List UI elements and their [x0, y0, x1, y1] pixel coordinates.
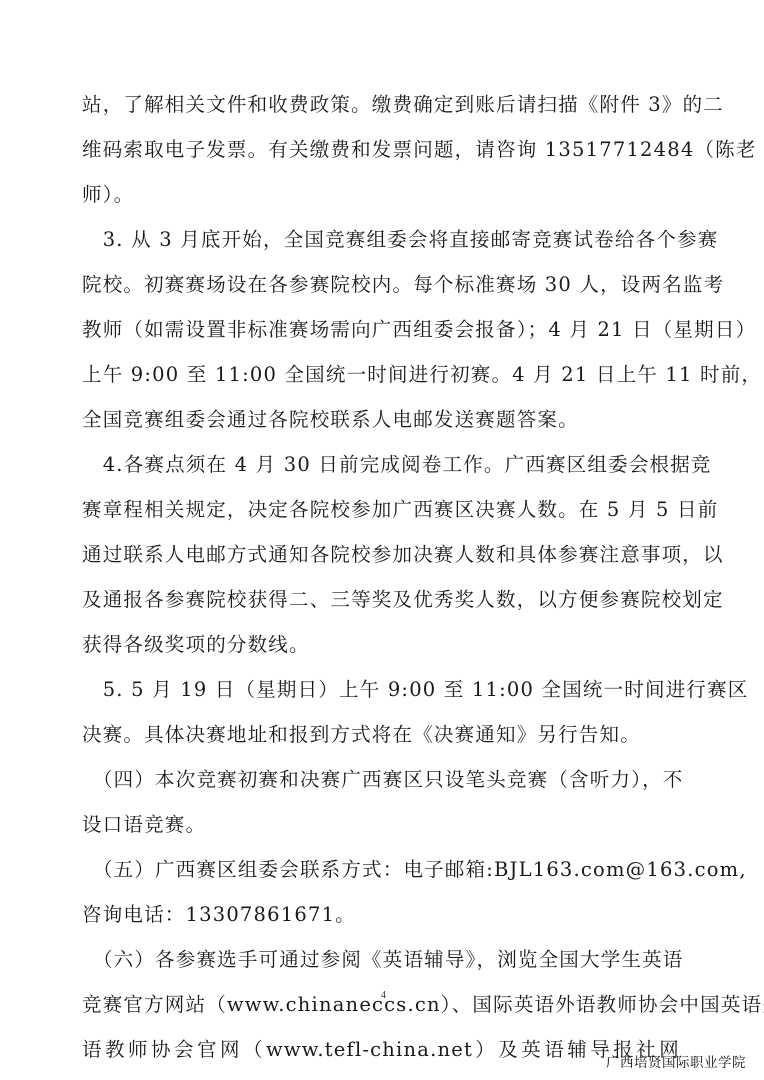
- text-line: 院校。初赛赛场设在各参赛院校内。每个标准赛场 30 人，设两名监考: [82, 272, 680, 298]
- text-line: 设口语竞赛。: [82, 812, 680, 838]
- watermark: 广西培贤国际职业学院: [606, 1051, 746, 1071]
- text-line: （四）本次竞赛初赛和决赛广西赛区只设笔头竞赛（含听力），不: [82, 767, 680, 793]
- text-line: 获得各级奖项的分数线。: [82, 632, 680, 658]
- text-line: 及通报各参赛院校获得二、三等奖及优秀奖人数，以方便参赛院校划定: [82, 587, 680, 613]
- text-line: 咨询电话：13307861671。: [82, 902, 680, 928]
- text-line: 通过联系人电邮方式通知各院校参加决赛人数和具体参赛注意事项，以: [82, 542, 680, 568]
- text-line: 上午 9:00 至 11:00 全国统一时间进行初赛。4 月 21 日上午 11…: [82, 362, 680, 388]
- text-line: 语教师协会官网（www.tefl-china.net）及英语辅导报社网: [82, 1037, 680, 1063]
- document-page: 站，了解相关文件和收费政策。缴费确定到账后请扫描《附件 3》的二 维码索取电子发…: [0, 0, 764, 1080]
- text-line: 站，了解相关文件和收费政策。缴费确定到账后请扫描《附件 3》的二: [82, 92, 680, 118]
- text-line: 师）。: [82, 182, 680, 208]
- text-line: 维码索取电子发票。有关缴费和发票问题，请咨询 13517712484（陈老: [82, 137, 680, 163]
- text-line: 3. 从 3 月底开始，全国竞赛组委会将直接邮寄竞赛试卷给各个参赛: [82, 227, 680, 253]
- text-line: 5. 5 月 19 日（星期日）上午 9:00 至 11:00 全国统一时间进行…: [82, 677, 680, 703]
- text-line: 教师（如需设置非标准赛场需向广西组委会报备）；4 月 21 日（星期日）: [82, 317, 680, 343]
- text-line: 4.各赛点须在 4 月 30 日前完成阅卷工作。广西赛区组委会根据竞: [82, 452, 680, 478]
- text-line: 决赛。具体决赛地址和报到方式将在《决赛通知》另行告知。: [82, 722, 680, 748]
- text-line: 全国竞赛组委会通过各院校联系人电邮发送赛题答案。: [82, 407, 680, 433]
- page-number: 4: [381, 990, 386, 1001]
- text-line: （五）广西赛区组委会联系方式：电子邮箱:BJL163.com@163.com,: [82, 857, 680, 883]
- text-line: （六）各参赛选手可通过参阅《英语辅导》，浏览全国大学生英语: [82, 947, 680, 973]
- text-line: 赛章程相关规定，决定各院校参加广西赛区决赛人数。在 5 月 5 日前: [82, 497, 680, 523]
